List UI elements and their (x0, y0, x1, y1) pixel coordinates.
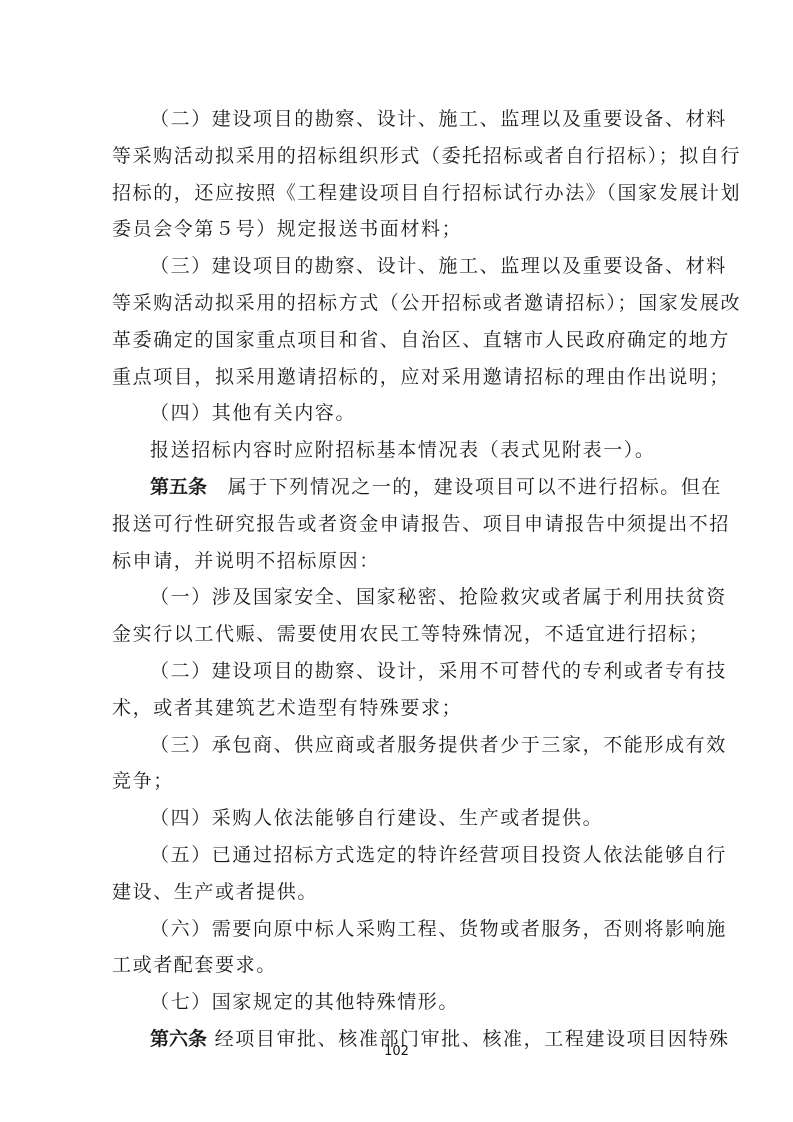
text-line: （五）已通过招标方式选定的特许经营项目投资人依法能够自行 (112, 837, 682, 874)
paragraph-article-5: 第五条 属于下列情况之一的，建设项目可以不进行招标。但在 报送可行性研究报告或者… (112, 469, 682, 579)
text-line: 革委确定的国家重点项目和省、自治区、直辖市人民政府确定的地方 (112, 322, 682, 359)
paragraph-art5-item-5: （五）已通过招标方式选定的特许经营项目投资人依法能够自行 建设、生产或者提供。 (112, 837, 682, 911)
text-line: （一）涉及国家安全、国家秘密、抢险救灾或者属于利用扶贫资 (112, 579, 682, 616)
article-heading: 第五条 (150, 476, 207, 498)
document-page: （二）建设项目的勘察、设计、施工、监理以及重要设备、材料 等采购活动拟采用的招标… (112, 101, 682, 1058)
text-line: 工或者配套要求。 (112, 947, 682, 984)
text-line: 重点项目，拟采用邀请招标的，应对采用邀请招标的理由作出说明； (112, 359, 682, 396)
page-number: 102 (0, 1044, 793, 1059)
paragraph-item-2-org-form: （二）建设项目的勘察、设计、施工、监理以及重要设备、材料 等采购活动拟采用的招标… (112, 101, 682, 248)
paragraph-art5-item-6: （六）需要向原中标人采购工程、货物或者服务，否则将影响施 工或者配套要求。 (112, 911, 682, 985)
paragraph-item-4-other: （四）其他有关内容。 (112, 395, 682, 432)
text-line: （四）其他有关内容。 (112, 395, 682, 432)
text-line: 等采购活动拟采用的招标方式（公开招标或者邀请招标）；国家发展改 (112, 285, 682, 322)
article-text: 属于下列情况之一的，建设项目可以不进行招标。但在 (207, 476, 722, 498)
text-line: 建设、生产或者提供。 (112, 874, 682, 911)
text-line: 等采购活动拟采用的招标组织形式（委托招标或者自行招标）；拟自行 (112, 138, 682, 175)
paragraph-attachment-note: 报送招标内容时应附招标基本情况表（表式见附表一）。 (112, 432, 682, 469)
text-line: 标申请，并说明不招标原因： (112, 543, 682, 580)
paragraph-item-3-method: （三）建设项目的勘察、设计、施工、监理以及重要设备、材料 等采购活动拟采用的招标… (112, 248, 682, 395)
text-line: 第五条 属于下列情况之一的，建设项目可以不进行招标。但在 (112, 469, 682, 506)
paragraph-art5-item-7: （七）国家规定的其他特殊情形。 (112, 984, 682, 1021)
text-line: 金实行以工代赈、需要使用农民工等特殊情况，不适宜进行招标； (112, 616, 682, 653)
text-line: 报送可行性研究报告或者资金申请报告、项目申请报告中须提出不招 (112, 506, 682, 543)
text-line: （二）建设项目的勘察、设计、施工、监理以及重要设备、材料 (112, 101, 682, 138)
paragraph-art5-item-2: （二）建设项目的勘察、设计，采用不可替代的专利或者专有技 术，或者其建筑艺术造型… (112, 653, 682, 727)
text-line: （三）建设项目的勘察、设计、施工、监理以及重要设备、材料 (112, 248, 682, 285)
text-line: 招标的，还应按照《工程建设项目自行招标试行办法》（国家发展计划 (112, 175, 682, 212)
text-line: （六）需要向原中标人采购工程、货物或者服务，否则将影响施 (112, 911, 682, 948)
text-line: （七）国家规定的其他特殊情形。 (112, 984, 682, 1021)
text-line: （三）承包商、供应商或者服务提供者少于三家，不能形成有效 (112, 727, 682, 764)
text-line: 报送招标内容时应附招标基本情况表（表式见附表一）。 (112, 432, 682, 469)
text-line: （四）采购人依法能够自行建设、生产或者提供。 (112, 800, 682, 837)
text-line: （二）建设项目的勘察、设计，采用不可替代的专利或者专有技 (112, 653, 682, 690)
paragraph-art5-item-3: （三）承包商、供应商或者服务提供者少于三家，不能形成有效 竞争； (112, 727, 682, 801)
text-line: 竞争； (112, 763, 682, 800)
paragraph-art5-item-4: （四）采购人依法能够自行建设、生产或者提供。 (112, 800, 682, 837)
paragraph-art5-item-1: （一）涉及国家安全、国家秘密、抢险救灾或者属于利用扶贫资 金实行以工代赈、需要使… (112, 579, 682, 653)
text-line: 委员会令第５号）规定报送书面材料； (112, 211, 682, 248)
text-line: 术，或者其建筑艺术造型有特殊要求； (112, 690, 682, 727)
